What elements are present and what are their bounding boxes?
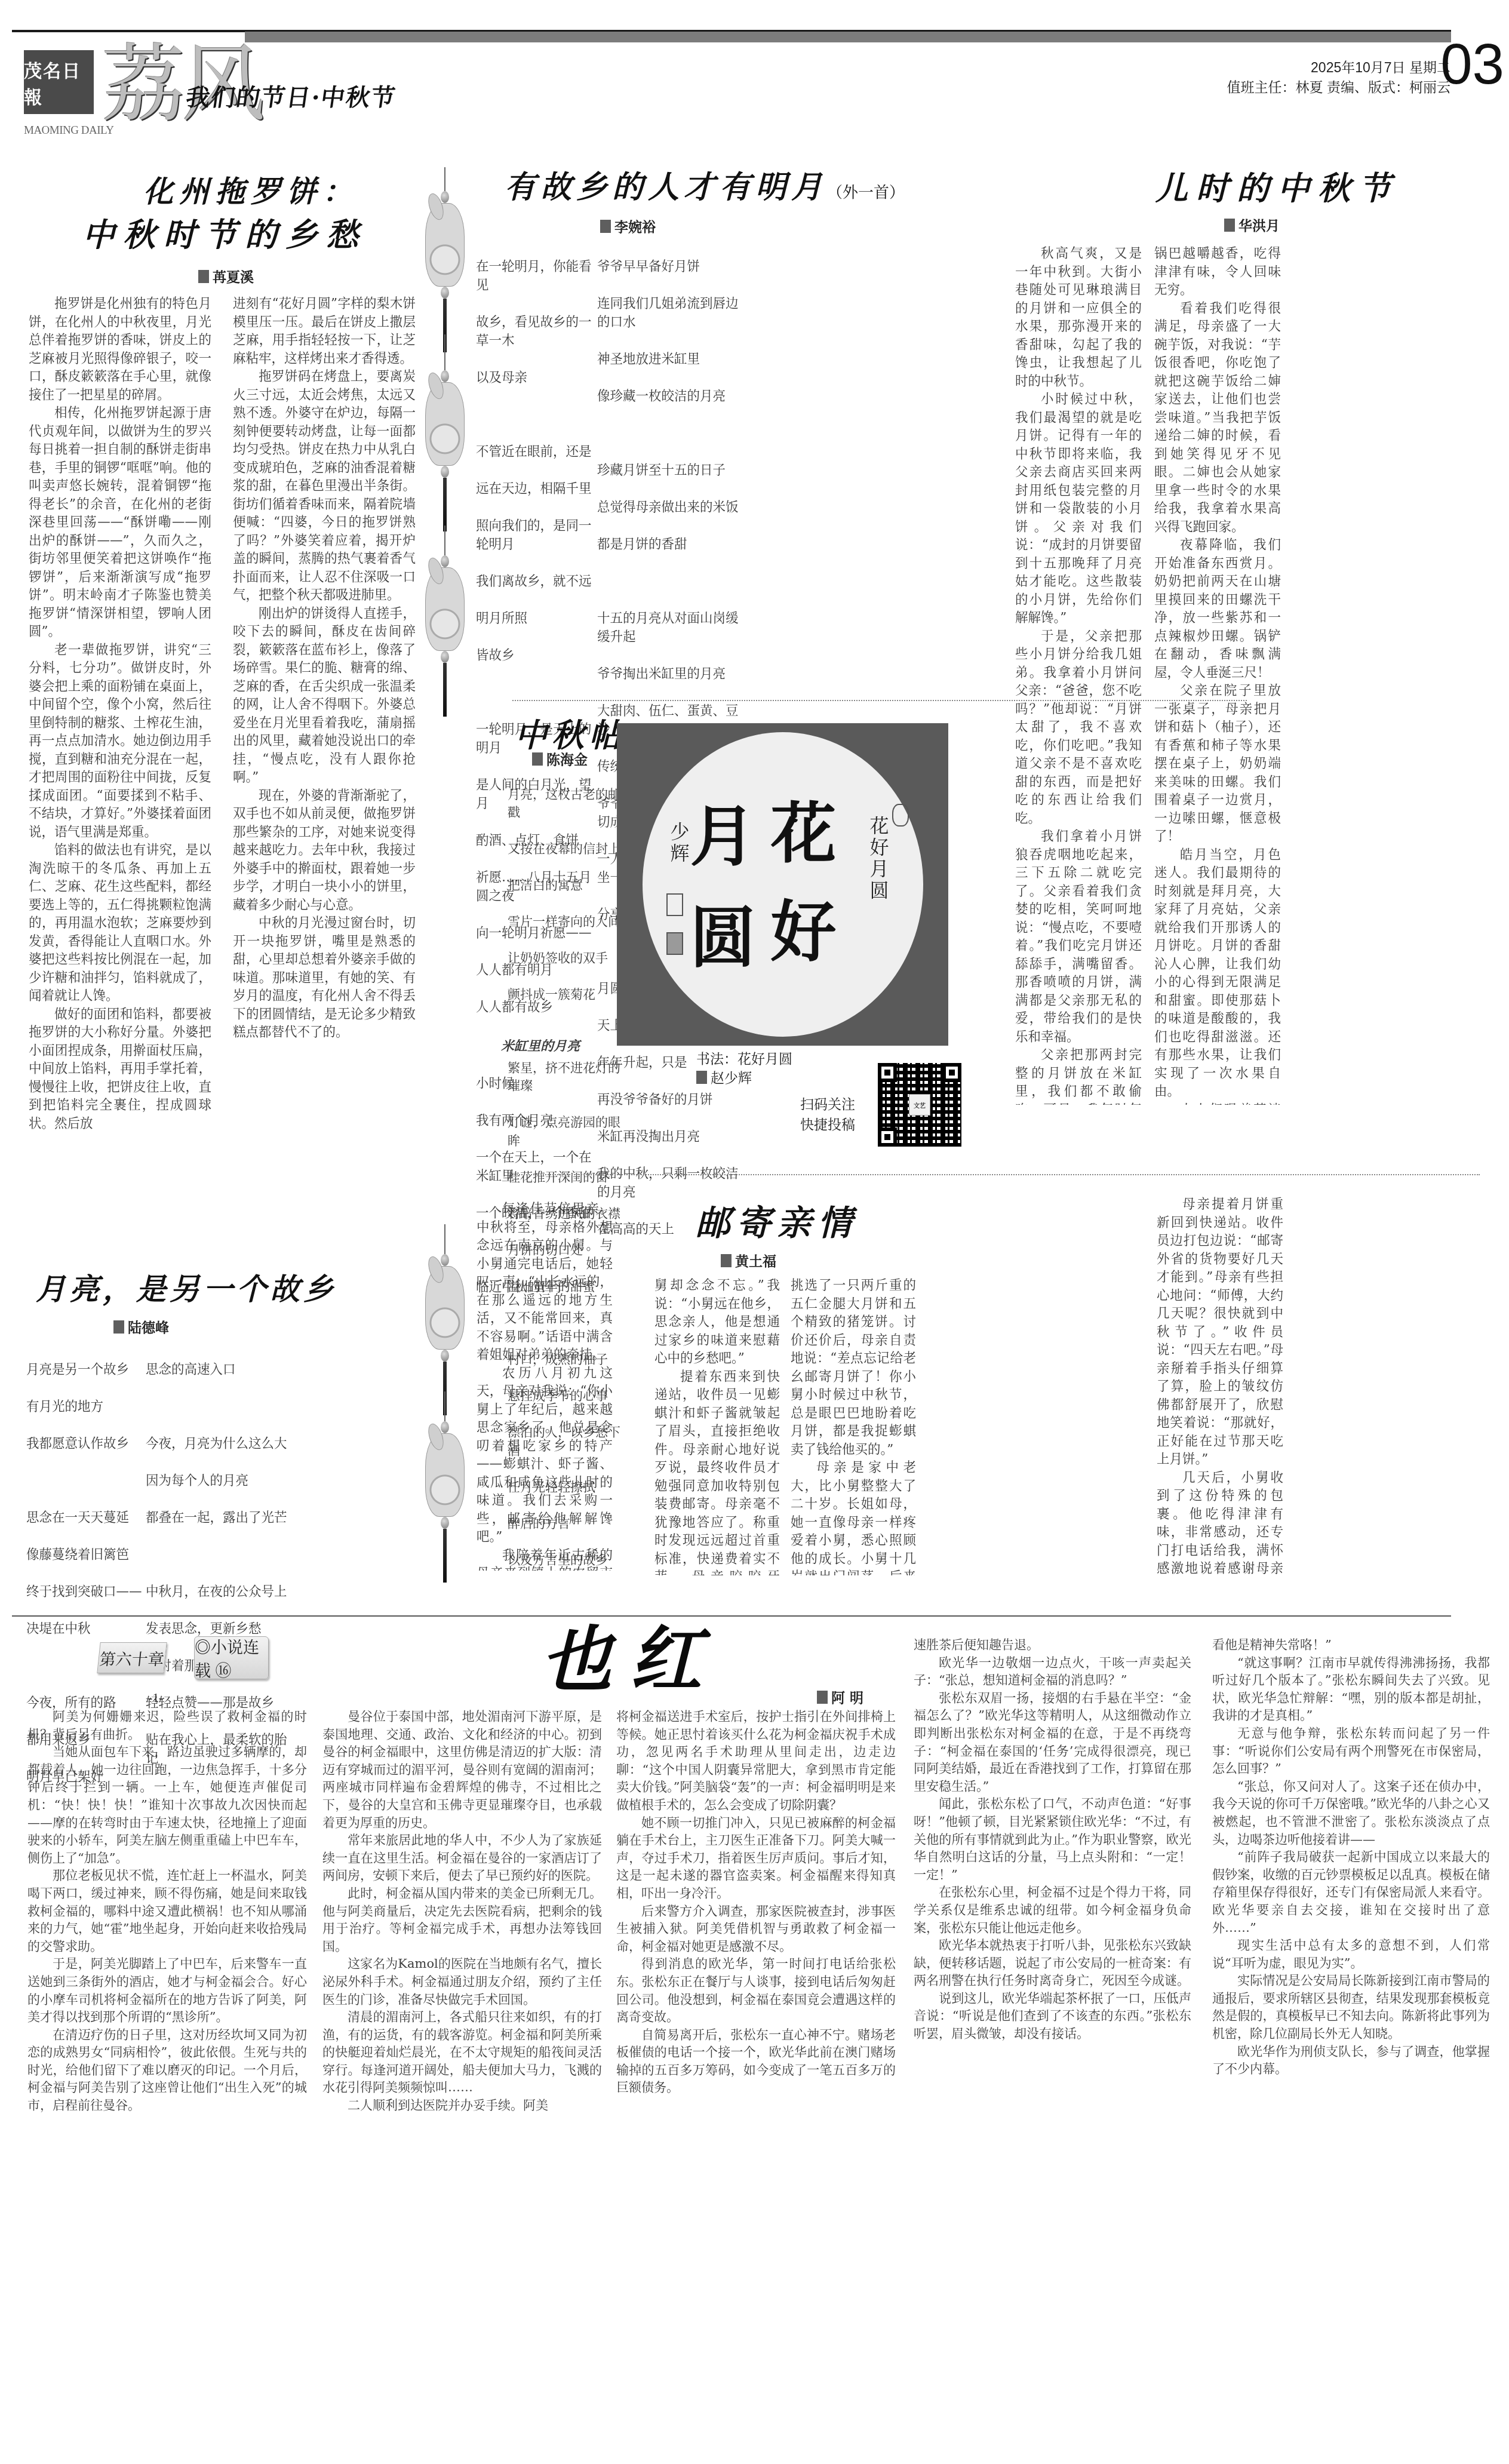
qr-center-logo: 文艺 — [909, 1094, 930, 1116]
paragraph: 现在，外婆的背渐渐驼了，双手也不如从前灵便，做拖罗饼那些繁杂的工序，对她来说变得… — [233, 787, 416, 915]
article5-title: 月亮，是另一个故乡 — [36, 1272, 337, 1307]
article5-author: 陆德峰 — [128, 1317, 169, 1337]
paragraph: 提着东西来到快递站，收件员一见蟛蜞汁和虾子酱就皱起了眉头，直接拒绝收件。母亲耐心… — [654, 1368, 780, 1576]
poem-line: 都是月饼的香甜 — [597, 535, 740, 554]
byline-square-icon — [198, 270, 209, 283]
article6-author: 黄土福 — [735, 1251, 776, 1270]
poem-line: 今夜，月亮为什么这么大 — [146, 1434, 289, 1453]
paragraph: “张总，你又问对人了。这案子还在侦办中，我今天说的你可千万保密哦。”欧光华的八卦… — [1212, 1778, 1490, 1848]
calligraphy-paper-disc: 花 好 月 圆 花好月圆 少辉 — [643, 732, 923, 1037]
poem-line: 因为每个人的月亮 — [146, 1471, 289, 1490]
poem-line: 我都愿意认作故乡 — [26, 1434, 146, 1453]
paragraph: 皓月当空，月色迷人。我们最期待的时刻就是拜月亮，大家拜了月亮姑，父亲就给我们开那… — [1154, 846, 1281, 1101]
paragraph: 拖罗饼是化州独有的特色月饼，在化州人的中秋夜里，月光总伴着拖罗饼的香味，饼皮上的… — [29, 295, 211, 404]
paragraph: 于是，阿美光脚踏上了中巴车，后来警车一直送她到三条街外的酒店，她才与柯金福会合。… — [27, 1955, 307, 2026]
paragraph: 她不顾一切推门冲入，只见已被麻醉的柯金福躺在手术台上，主刀医生正准备下刀。阿美大… — [616, 1814, 896, 1903]
paragraph: 欧光华一边敬烟一边点火，干咳一声卖起关子：“张总，想知道柯金福的消息吗？” — [914, 1654, 1191, 1689]
byline-square-icon — [600, 220, 611, 233]
paragraph: 于是，父亲把那些小月饼分给我几姐弟。我拿着小月饼问父亲：“爸爸，您不吃吗？”他却… — [1015, 628, 1142, 828]
serial-column3: 将柯金福送进手术室后，按护士指引在外间排椅上等候。她正思忖着该买什么花为柯金福庆… — [616, 1708, 896, 2432]
paragraph: 父亲在院子里放一张桌子，母亲把月饼和菇卜（柚子），还有香蕉和柿子等水果摆在桌子上… — [1154, 682, 1281, 846]
newspaper-logo: 茂名日報 — [24, 50, 94, 114]
byline-square-icon — [721, 1254, 732, 1267]
article2-title: 有故乡的人才有明月（外一首） — [505, 170, 905, 205]
paragraph: 说到这儿，欧光华端起茶杯抿了一口，压低声音说：“听说是他们查到了不该查的东西。”… — [914, 1990, 1191, 2043]
article2-title-text: 有故乡的人才有明月 — [505, 169, 827, 205]
paragraph: 在清迈疗伤的日子里，这对历经坎坷又同为初恋的成熟男女“同病相怜”，彼此依偎。生死… — [27, 2026, 307, 2115]
paragraph: 我们拿着小月饼狼吞虎咽地吃起来，三下五除二就吃完了。父亲看着我们贪婪的吃相，笑呵… — [1015, 828, 1142, 1046]
calligraphy-char: 月 — [690, 804, 756, 870]
paragraph: 做好的面团和馅料，都要被拖罗饼的大小称好分量。外婆把小面团捏成条，用擀面杖压扁，… — [29, 1006, 211, 1133]
poem-line: 像藤蔓绕着旧篱笆 — [26, 1546, 146, 1564]
section-number: -1- — [148, 1690, 164, 1706]
poem-line: 月亮是另一个故乡 — [26, 1360, 146, 1379]
serial-column2: 曼谷位于泰国中部，地处湄南河下游平原，是泰国地理、交通、政治、文化和经济的中心。… — [322, 1708, 602, 2432]
poem-line: 照向我们的，是同一轮明月 — [476, 517, 595, 554]
article6-column3: 挑选了一只两斤重的五仁金腿大月饼和五个精致的猪笼饼。讨价还价后，母亲自责地说：“… — [791, 1277, 916, 1575]
paragraph: 老一辈做拖罗饼，讲究“三分料，七分功”。做饼皮时，外婆会把上乘的面粉铺在桌面上，… — [29, 641, 211, 842]
section-theme: 我们的节日·中秋节 — [184, 79, 399, 113]
poem-line: 中秋月，在夜的公众号上 — [146, 1583, 289, 1601]
poem-line: 有月光的地方 — [26, 1397, 146, 1416]
poem-line: 月亮，这枚古老的邮戳 — [508, 785, 627, 822]
paragraph: 此时，柯金福从国内带来的美金已所剩无几。他与阿美商量后，决定先去医院看病，把剩余… — [322, 1885, 602, 1955]
qr-promo-line: 扫码关注 — [800, 1094, 855, 1114]
poem-line: 远在天边，相隔千里 — [476, 480, 595, 498]
article1-column2: 进刻有“花好月圆”字样的梨木饼模里压一压。最后在饼皮上撒层芝麻，用手指轻轻按一下… — [233, 295, 416, 1194]
poem-line: 我们离故乡，就不远 — [476, 572, 595, 591]
editor-credits: 值班主任：林夏 责编、版式：柯丽云 — [1227, 76, 1450, 96]
article3-column1: 秋高气爽，又是一年中秋到。大街小巷随处可见琳琅满目的月饼和一应俱全的水果，那弥漫… — [1015, 245, 1142, 1105]
paragraph: 看他是精神失常咯！” — [1212, 1636, 1490, 1654]
article6-column4: 母亲提着月饼重新回到快递站。收件员边打包边说：“邮寄外省的货物要好几天才能到。”… — [1157, 1196, 1283, 1578]
rabbit-lantern-decoration — [424, 1391, 466, 1583]
rabbit-lantern-decoration — [424, 1224, 466, 1415]
poem-line: 决堤在中秋 — [26, 1620, 146, 1638]
poem-line: 十五的月亮从对面山岗缓缓升起 — [597, 609, 740, 646]
paragraph: 欧光华本就热衷于打听八卦，见张松东兴致缺缺，便转移话题，说起了市公安局的一桩奇案… — [914, 1937, 1191, 1990]
qr-code-icon[interactable]: 文艺 — [878, 1063, 961, 1147]
qr-finder-icon — [878, 1063, 897, 1082]
poem-line: 明月所照 — [476, 609, 595, 628]
paragraph: 大人们喝着茶谈谈笑笑，孩子们吃着东西打打闹闹。慈祥的奶奶叫我们不要用手指指月亮，… — [1154, 1101, 1281, 1105]
seal-stamp-icon — [892, 804, 909, 827]
article6-title: 邮寄亲情 — [696, 1203, 858, 1243]
poem-line: 皆故乡 — [476, 646, 595, 665]
paragraph: 中秋的月光漫过窗台时，切开一块拖罗饼，嘴里是熟悉的甜，心里却总想着外婆亲手做的味… — [233, 914, 416, 1042]
poem-line: 连同我们几姐弟流到唇边的口水 — [597, 294, 740, 331]
article2-author: 李婉裕 — [614, 216, 656, 236]
byline-square-icon — [532, 752, 543, 766]
article3-author: 华洪月 — [1238, 215, 1280, 235]
rabbit-lantern-decoration — [424, 167, 466, 352]
paragraph: 舅却念念不忘。”我说：“小舅远在他乡，思念亲人，他是想通过家乡的味道来慰藉心中的… — [654, 1277, 780, 1368]
paragraph: 无意与他争辩，张松东转而问起了另一件事：“听说你们公安局有两个刑警死在市保密局，… — [1212, 1725, 1490, 1778]
paragraph: 在张松东心里，柯金福不过是个得力干将，同学关系仅是维系忠诚的纽带。如今柯金福身负… — [914, 1884, 1191, 1937]
article4-author: 陈海金 — [546, 749, 588, 769]
newspaper-logo-english: MAOMING DAILY — [24, 124, 94, 137]
poem-line: 以及母亲 — [476, 368, 595, 387]
serial-byline: 阿明 — [817, 1687, 868, 1707]
rabbit-lantern-decoration — [424, 334, 466, 531]
page-number: 03 — [1440, 36, 1504, 93]
paragraph: “前阵子我局破获一起新中国成立以来最大的假钞案，收缴的百元钞票模板足以乱真。模板… — [1212, 1848, 1490, 1937]
paragraph: 清晨的湄南河上，各式船只往来如织，有的打渔，有的运货，有的载客游览。柯金福和阿美… — [322, 2008, 602, 2097]
seal-stamp-icon — [666, 893, 683, 916]
paragraph: 夜幕降临，我们开始准备东西赏月。奶奶把前两天在山塘里摸回来的田螺洗干净，放一些紫… — [1154, 536, 1281, 682]
qr-promo-text: 扫码关注 快捷投稿 — [800, 1094, 855, 1135]
masthead-grey-band — [245, 32, 1451, 42]
rabbit-lantern-decoration — [424, 526, 466, 717]
poem-line: 终于找到突破口—— — [26, 1583, 146, 1601]
article1-column1: 拖罗饼是化州独有的特色月饼，在化州人的中秋夜里，月光总伴着拖罗饼的香味，饼皮上的… — [29, 295, 211, 1194]
byline-square-icon — [1224, 219, 1235, 232]
poem-line: 思念的高速入口 — [146, 1360, 289, 1379]
paragraph: “就这事啊？江南市早就传得沸沸扬扬，我都听过好几个版本了。”张松东瞬间失去了兴致… — [1212, 1654, 1490, 1725]
paragraph: 每逢佳节倍思亲。中秋将至，母亲格外想念远在南京的小舅。与小舅通完电话后，她轻叹一… — [477, 1200, 613, 1365]
paragraph: 速胜茶后便知趣告退。 — [914, 1636, 1191, 1654]
paragraph: 张松东双眉一扬，接烟的右手悬在半空：“金福怎么了？”欧光华这等精明人，从这细微动… — [914, 1689, 1191, 1796]
article3-title: 儿时的中秋节 — [1155, 170, 1399, 207]
paragraph: 欧光华作为刑侦支队长，参与了调查，他掌握了不少内幕。 — [1212, 2043, 1490, 2078]
poem-line: 灯谜，点亮游园的眼眸 — [508, 1113, 627, 1150]
poem-line: 珍藏月饼至十五的日子 — [597, 461, 740, 480]
byline-square-icon — [113, 1320, 124, 1334]
serial-column5: 看他是精神失常咯！” “就这事啊？江南市早就传得沸沸扬扬，我都听过好几个版本了。… — [1212, 1636, 1490, 2432]
qr-promo-line: 快捷投稿 — [800, 1114, 855, 1135]
calligraphy-signature: 少辉 — [665, 822, 693, 865]
article2-title-suffix: （外一首） — [827, 184, 905, 202]
article4-title: 中秋帖 — [515, 717, 626, 754]
paragraph: 得到消息的欧光华，第一时间打电话给张松东。张松东正在餐厅与人谈事，接到电话后匆匆… — [616, 1955, 896, 2026]
byline-square-icon — [696, 1071, 707, 1084]
paragraph: 实际情况是公安局局长陈新接到江南市警局的通报后，要求所辖区县彻查，结果发现那套模… — [1212, 1972, 1490, 2042]
paragraph: 刚出炉的饼烫得人直搓手，咬下去的瞬间，酥皮在齿间碎裂，簌簌落在蓝布衫上，像落了场… — [233, 605, 416, 787]
poem-line: 思念在一天天蔓延 — [26, 1508, 146, 1527]
poem-line: 神圣地放进米缸里 — [597, 350, 740, 368]
paragraph: 农历八月初九这天，母亲对我说：“你小舅上了年纪后，越来越思念家乡了。他总是念叨着… — [477, 1365, 613, 1547]
paragraph: 自简易离开后，张松东一直心神不宁。赌场老板催债的电话一个接一个，欧光华此前在澳门… — [616, 2026, 896, 2097]
article5-byline: 陆德峰 — [113, 1317, 169, 1337]
serial-author: 阿明 — [831, 1687, 868, 1707]
paragraph: 馅料的做法也有讲究，是以淘洗晾干的冬瓜条、再加上五仁、芝麻、花生这些配料，都经要… — [29, 841, 211, 1006]
paragraph: 当她从面包车下来，路边虽驶过多辆摩的，却都载着人。她一边往回跑，一边焦急挥手，十… — [27, 1743, 307, 1867]
article6-column2: 舅却念念不忘。”我说：“小舅远在他乡，思念亲人，他是想通过家乡的味道来慰藉心中的… — [654, 1277, 780, 1575]
paragraph: 进刻有“花好月圆”字样的梨木饼模里压一压。最后在饼皮上撒层芝麻，用手指轻轻按一下… — [233, 295, 416, 368]
paragraph: 相传，化州拖罗饼起源于唐代贞观年间，以做饼为生的罗兴每日挑着一担自制的酥饼走街串… — [29, 404, 211, 641]
paragraph: 父亲把那两封完整的月饼放在米缸里，我们都不敢偷吃。可是，我每时每刻都惦记着米缸里… — [1015, 1046, 1142, 1105]
paragraph: 这家名为Kamol的医院在当地颇有名气，擅长泌尿外科手术。柯金福通过朋友介绍，预… — [322, 1955, 602, 2008]
serial-banner: ◎小说连载 ⑯ — [194, 1636, 269, 1679]
paragraph: 曼谷位于泰国中部，地处湄南河下游平原，是泰国地理、交通、政治、文化和经济的中心。… — [322, 1708, 602, 1832]
poem-line: 故乡，看见故乡的一草一木 — [476, 313, 595, 350]
paragraph: 母亲是家中老大，比小舅整整大了二十岁。长姐如母，她一直像母亲一样疼爱着小舅，悉心… — [791, 1459, 916, 1575]
section-divider — [512, 1174, 1480, 1175]
article6-column1: 每逢佳节倍思亲。中秋将至，母亲格外想念远在南京的小舅。与小舅通完电话后，她轻叹一… — [477, 1200, 613, 1571]
paragraph: 秋高气爽，又是一年中秋到。大街小巷随处可见琳琅满目的月饼和一应俱全的水果，那弥漫… — [1015, 245, 1142, 391]
article4-byline: 陈海金 — [532, 749, 588, 769]
paragraph: 挑选了一只两斤重的五仁金腿大月饼和五个精致的猪笼饼。讨价还价后，母亲自责地说：“… — [791, 1277, 916, 1459]
serial-column1: 阿美为何姗姗来迟，险些误了救柯金福的时机？背后另有曲折。 当她从面包车下来，路边… — [27, 1708, 307, 2432]
poem-line: 像珍藏一枚皎洁的月亮 — [597, 387, 740, 405]
paragraph: 将柯金福送进手术室后，按护士指引在外间排椅上等候。她正思忖着该买什么花为柯金福庆… — [616, 1708, 896, 1814]
chapter-banner: 第六十章 — [97, 1642, 167, 1673]
poem-line: 把洁白的寓意 — [508, 876, 627, 895]
poem-line: 不管近在眼前，还是 — [476, 443, 595, 461]
paragraph: 拖罗饼码在烤盘上，要离炭火三寸远，太近会烤焦，太远又熟不透。外婆守在炉边，每隔一… — [233, 368, 416, 605]
poem-line: 让奶奶签收的双手 — [508, 949, 627, 967]
poem-line: 颤抖成一簇菊花 — [508, 985, 627, 1004]
paragraph: 看着我们吃得很满足，母亲盛了一大碗芋饭，对我说：“芋饭很香吧，你吃饱了就把这碗芋… — [1154, 300, 1281, 537]
article6-byline: 黄土福 — [721, 1251, 776, 1270]
article1-byline: 苒夏溪 — [198, 266, 254, 286]
calligraphy-author: 赵少辉 — [711, 1067, 752, 1087]
paragraph: 阿美为何姗姗来迟，险些误了救柯金福的时机？背后另有曲折。 — [27, 1708, 307, 1743]
paragraph: 闻此，张松东松了口气，不动声色道：“好事呀！”他顿了顿，目光紧紧锁住欧光华：“不… — [914, 1795, 1191, 1884]
calligraphy-artwork: 花 好 月 圆 花好月圆 少辉 — [617, 723, 948, 1046]
poem-line: 都叠在一起，露出了光芒 — [146, 1508, 289, 1527]
poem-line: 桂花推开深闺的窗 — [508, 1168, 627, 1187]
paragraph: 常年来旅居此地的华人中，不少人为了家族延续一直在这里生活。柯金福在曼谷的一家酒店… — [322, 1832, 602, 1885]
poem-line: 爷爷早早备好月饼 — [597, 257, 740, 276]
poem-line: 繁星，挤不进花灯的璀璨 — [508, 1059, 627, 1095]
poem-line: 雪片一样寄向的人间 — [508, 913, 627, 931]
article3-column2: 锅巴越嚼越香，吃得津津有味，令人回味无穷。 看着我们吃得很满足，母亲盛了一大碗芋… — [1154, 245, 1281, 1105]
calligraphy-caption: 书法：花好月圆 — [696, 1048, 792, 1068]
qr-finder-icon — [942, 1063, 961, 1082]
serial-column4: 速胜茶后便知趣告退。 欧光华一边敬烟一边点火，干咳一声卖起关子：“张总，想知道柯… — [914, 1636, 1191, 2432]
qr-finder-icon — [878, 1127, 897, 1147]
paragraph: 那位老板见状不慌，连忙赶上一杯温水，阿美喝下两口，缓过神来，顾不得伤痛，她是间来… — [27, 1867, 307, 1955]
paragraph: 我陪着年近古稀的母亲来到镇上的农贸市场。在专卖家乡特产的十几家铺子里，母亲货比三… — [477, 1547, 613, 1571]
issue-date: 2025年10月7日 星期二 — [1311, 57, 1450, 76]
poem-line: 爷爷掏出米缸里的月亮 — [597, 665, 740, 683]
article1-title-line1: 化州拖罗饼： — [143, 174, 358, 209]
calligraphy-char: 好 — [771, 899, 837, 965]
poem-line: 又按在夜幕的信封上 — [508, 840, 627, 858]
poem-line: 在一轮明月，你能看见 — [476, 257, 595, 294]
paragraph: 小时候过中秋，我们最渴望的就是吃月饼。记得有一年的中秋节即将来临，我父亲去商店买… — [1015, 391, 1142, 628]
paragraph: 锅巴越嚼越香，吃得津津有味，令人回味无穷。 — [1154, 245, 1281, 300]
paragraph: 现实生活中总有太多的意想不到，人们常说“耳听为虚，眼见为实”。 — [1212, 1937, 1490, 1972]
paragraph: 二人顺利到达医院并办妥手续。阿美 — [322, 2097, 602, 2115]
paragraph: 后来警方介入调查，那家医院被查封，涉事医生被捕入狱。阿美凭借机智与勇敢救了柯金福… — [616, 1903, 896, 1956]
calligraphy-char: 圆 — [690, 905, 756, 971]
poem-line: 总觉得母亲做出来的米饭 — [597, 498, 740, 517]
byline-square-icon — [817, 1691, 828, 1704]
calligraphy-byline: 赵少辉 — [696, 1067, 752, 1087]
calligraphy-char: 花 — [771, 801, 837, 867]
article1-title-line2: 中秋时节的乡愁 — [82, 216, 367, 253]
seal-stamp-icon — [666, 932, 683, 955]
paragraph: 几天后，小舅收到了这份特殊的包裹。他吃得津津有味，非常感动，还专门打电话给我，满… — [1157, 1469, 1283, 1578]
article2-byline: 李婉裕 — [600, 216, 656, 236]
paragraph: 母亲提着月饼重新回到快递站。收件员边打包边说：“邮寄外省的货物要好几天才能到。”… — [1157, 1196, 1283, 1469]
article3-byline: 华洪月 — [1224, 215, 1280, 235]
serial-title: 也红 — [540, 1624, 720, 1696]
section-divider — [12, 1615, 1451, 1617]
article1-author: 苒夏溪 — [213, 266, 254, 286]
calligraphy-inscription: 花好月圆 — [865, 816, 892, 902]
